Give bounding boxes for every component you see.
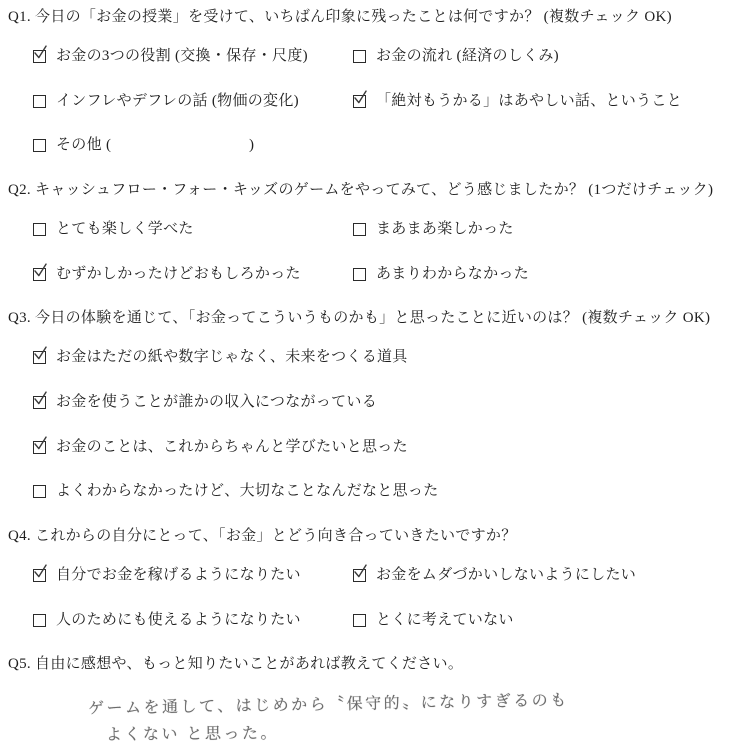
q2-option-2-label: まあまあ楽しかった — [376, 220, 514, 239]
q2-option-4-label: あまりわからなかった — [376, 265, 529, 284]
q1-option-3[interactable]: インフレやデフレの話 (物価の変化) — [33, 92, 353, 111]
check-mark-icon — [32, 390, 49, 407]
q2-option-1-label: とても楽しく学べた — [56, 220, 194, 239]
q4-option-4-label: とくに考えていない — [376, 611, 514, 630]
question-4: Q4. これからの自分にとって、「お金」とどう向き合っていきたいですか？ 自分で… — [8, 527, 728, 629]
handwritten-response-line-1: ゲームを通して、はじめから〝保守的〟になりすぎるのも — [88, 688, 728, 719]
check-mark-icon — [32, 345, 49, 362]
q3-options: お金はただの紙や数字じゃなく、未来をつくる道具 お金を使うことが誰かの収入につな… — [8, 348, 728, 501]
q2-title: Q2. キャッシュフロー・フォー・キッズのゲームをやってみて、どう感じましたか？… — [8, 181, 728, 200]
q3-option-4-label: よくわからなかったけど、大切なことなんだなと思った — [56, 482, 439, 501]
q2-option-3[interactable]: むずかしかったけどおもしろかった — [33, 265, 353, 284]
handwritten-response-line-2: よくない と思った。 — [106, 720, 728, 745]
checkbox-checked-icon[interactable] — [33, 50, 46, 63]
q4-option-3-label: 人のためにも使えるようになりたい — [56, 611, 301, 630]
q1-title: Q1. 今日の「お金の授業」を受けて、いちばん印象に残ったことは何ですか？ (複… — [8, 8, 728, 27]
q2-option-2[interactable]: まあまあ楽しかった — [353, 220, 514, 239]
checkbox-checked-icon[interactable] — [353, 95, 366, 108]
q1-option-4[interactable]: 「絶対もうかる」はあやしい話、ということ — [353, 92, 682, 111]
q1-option-1-label: お金の3つの役割 (交換・保存・尺度) — [56, 47, 308, 66]
check-mark-icon — [32, 435, 49, 452]
checkbox-checked-icon[interactable] — [353, 569, 366, 582]
q3-option-4[interactable]: よくわからなかったけど、大切なことなんだなと思った — [33, 482, 439, 501]
checkbox-unchecked-icon[interactable] — [33, 95, 46, 108]
q3-option-2[interactable]: お金を使うことが誰かの収入につながっている — [33, 393, 377, 412]
q4-option-2-label: お金をムダづかいしないようにしたい — [376, 566, 636, 585]
q3-option-3-label: お金のことは、これからちゃんと学びたいと思った — [56, 438, 408, 457]
checkbox-unchecked-icon[interactable] — [353, 50, 366, 63]
checkbox-unchecked-icon[interactable] — [33, 485, 46, 498]
q1-option-4-label: 「絶対もうかる」はあやしい話、ということ — [376, 92, 682, 111]
q4-option-2[interactable]: お金をムダづかいしないようにしたい — [353, 566, 636, 585]
survey-sheet: Q1. 今日の「お金の授業」を受けて、いちばん印象に残ったことは何ですか？ (複… — [0, 0, 736, 743]
check-mark-icon — [32, 563, 49, 580]
q4-option-3[interactable]: 人のためにも使えるようになりたい — [33, 611, 353, 630]
checkbox-unchecked-icon[interactable] — [353, 223, 366, 236]
q1-options: お金の3つの役割 (交換・保存・尺度) お金の流れ (経済のしくみ) インフレや… — [8, 47, 728, 155]
q2-option-3-label: むずかしかったけどおもしろかった — [56, 265, 301, 284]
check-mark-icon — [32, 262, 49, 279]
q4-option-4[interactable]: とくに考えていない — [353, 611, 514, 630]
checkbox-checked-icon[interactable] — [33, 441, 46, 454]
checkbox-checked-icon[interactable] — [33, 268, 46, 281]
q3-option-1-label: お金はただの紙や数字じゃなく、未来をつくる道具 — [56, 348, 408, 367]
q1-option-2-label: お金の流れ (経済のしくみ) — [376, 47, 559, 66]
check-mark-icon — [32, 44, 49, 61]
q4-option-1[interactable]: 自分でお金を稼げるようになりたい — [33, 566, 353, 585]
q2-option-4[interactable]: あまりわからなかった — [353, 265, 529, 284]
checkbox-unchecked-icon[interactable] — [33, 614, 46, 627]
q4-options: 自分でお金を稼げるようになりたい お金をムダづかいしないようにしたい 人のために… — [8, 566, 728, 630]
question-5: Q5. 自由に感想や、もっと知りたいことがあれば教えてください。 ゲームを通して… — [8, 655, 728, 743]
q3-option-2-label: お金を使うことが誰かの収入につながっている — [56, 393, 377, 412]
q4-title: Q4. これからの自分にとって、「お金」とどう向き合っていきたいですか？ — [8, 527, 728, 546]
q3-title: Q3. 今日の体験を通じて、「お金ってこういうものかも」と思ったことに近いのは？… — [8, 309, 728, 328]
q2-option-1[interactable]: とても楽しく学べた — [33, 220, 353, 239]
q1-option-2[interactable]: お金の流れ (経済のしくみ) — [353, 47, 559, 66]
checkbox-unchecked-icon[interactable] — [353, 614, 366, 627]
checkbox-unchecked-icon[interactable] — [33, 223, 46, 236]
checkbox-checked-icon[interactable] — [33, 569, 46, 582]
question-1: Q1. 今日の「お金の授業」を受けて、いちばん印象に残ったことは何ですか？ (複… — [8, 8, 728, 155]
q1-option-5-label: その他 ( ) — [56, 136, 254, 155]
checkbox-checked-icon[interactable] — [33, 351, 46, 364]
question-3: Q3. 今日の体験を通じて、「お金ってこういうものかも」と思ったことに近いのは？… — [8, 309, 728, 501]
checkbox-unchecked-icon[interactable] — [353, 268, 366, 281]
q2-options: とても楽しく学べた まあまあ楽しかった むずかしかったけどおもしろかった あまり… — [8, 220, 728, 284]
check-mark-icon — [352, 89, 369, 106]
q1-option-5-other[interactable]: その他 ( ) — [33, 136, 353, 155]
q4-option-1-label: 自分でお金を稼げるようになりたい — [56, 566, 301, 585]
q3-option-1[interactable]: お金はただの紙や数字じゃなく、未来をつくる道具 — [33, 348, 408, 367]
question-2: Q2. キャッシュフロー・フォー・キッズのゲームをやってみて、どう感じましたか？… — [8, 181, 728, 283]
checkbox-unchecked-icon[interactable] — [33, 139, 46, 152]
q5-title: Q5. 自由に感想や、もっと知りたいことがあれば教えてください。 — [8, 655, 728, 674]
checkbox-checked-icon[interactable] — [33, 396, 46, 409]
q1-option-3-label: インフレやデフレの話 (物価の変化) — [56, 92, 299, 111]
check-mark-icon — [352, 563, 369, 580]
q1-option-1[interactable]: お金の3つの役割 (交換・保存・尺度) — [33, 47, 353, 66]
q3-option-3[interactable]: お金のことは、これからちゃんと学びたいと思った — [33, 438, 408, 457]
